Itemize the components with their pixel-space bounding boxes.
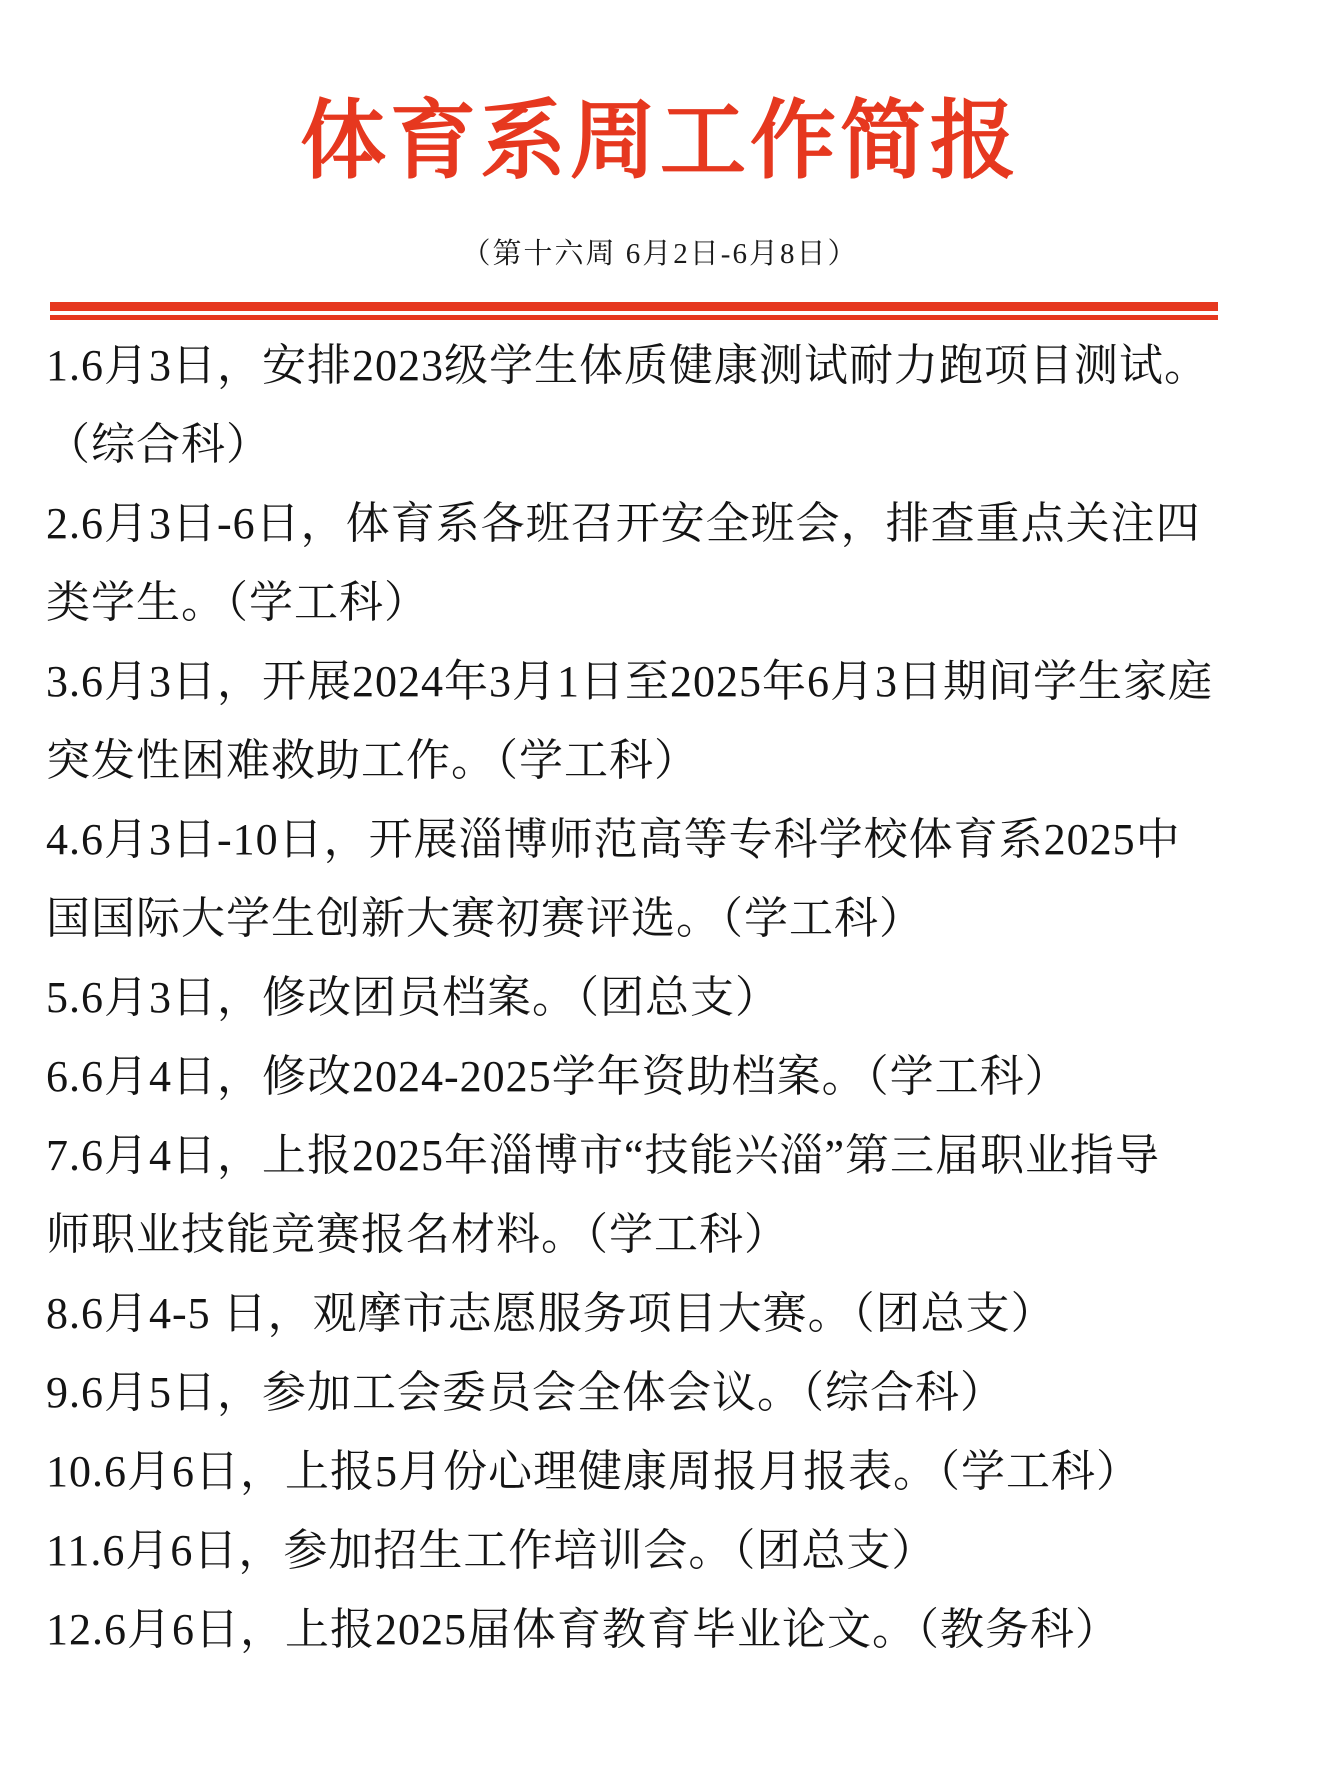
- double-rule: [50, 302, 1218, 320]
- item-line: 4.6月3日-10日，开展淄博师范高等专科学校体育系2025中: [46, 800, 1260, 879]
- report-body: 1.6月3日，安排2023级学生体质健康测试耐力跑项目测试。 （综合科） 2.6…: [0, 326, 1260, 1669]
- item-line: 8.6月4-5 日，观摩市志愿服务项目大赛。（团总支）: [46, 1274, 1260, 1353]
- report-item-1: 1.6月3日，安排2023级学生体质健康测试耐力跑项目测试。 （综合科）: [46, 326, 1260, 484]
- item-line: 国国际大学生创新大赛初赛评选。（学工科）: [46, 879, 1260, 958]
- item-line: 11.6月6日，参加招生工作培训会。（团总支）: [46, 1511, 1260, 1590]
- item-line: 5.6月3日，修改团员档案。（团总支）: [46, 958, 1260, 1037]
- item-line: 6.6月4日，修改2024-2025学年资助档案。（学工科）: [46, 1037, 1260, 1116]
- report-item-8: 8.6月4-5 日，观摩市志愿服务项目大赛。（团总支）: [46, 1274, 1260, 1353]
- item-line: 10.6月6日，上报5月份心理健康周报月报表。（学工科）: [46, 1432, 1260, 1511]
- item-line: （综合科）: [46, 405, 1260, 484]
- report-subtitle: （第十六周 6月2日-6月8日）: [0, 234, 1320, 274]
- double-rule-top: [50, 302, 1218, 311]
- report-item-2: 2.6月3日-6日，体育系各班召开安全班会，排查重点关注四 类学生。（学工科）: [46, 484, 1260, 642]
- report-item-5: 5.6月3日，修改团员档案。（团总支）: [46, 958, 1260, 1037]
- report-item-11: 11.6月6日，参加招生工作培训会。（团总支）: [46, 1511, 1260, 1590]
- double-rule-bottom: [50, 315, 1218, 320]
- report-item-3: 3.6月3日，开展2024年3月1日至2025年6月3日期间学生家庭 突发性困难…: [46, 642, 1260, 800]
- item-line: 2.6月3日-6日，体育系各班召开安全班会，排查重点关注四: [46, 484, 1260, 563]
- item-line: 师职业技能竞赛报名材料。（学工科）: [46, 1195, 1260, 1274]
- report-item-12: 12.6月6日，上报2025届体育教育毕业论文。（教务科）: [46, 1590, 1260, 1669]
- page-title: 体育系周工作简报: [0, 98, 1320, 184]
- item-line: 3.6月3日，开展2024年3月1日至2025年6月3日期间学生家庭: [46, 642, 1260, 721]
- bulletin-page: 体育系周工作简报 （第十六周 6月2日-6月8日） 1.6月3日，安排2023级…: [0, 0, 1320, 1792]
- report-item-9: 9.6月5日，参加工会委员会全体会议。（综合科）: [46, 1353, 1260, 1432]
- item-line: 12.6月6日，上报2025届体育教育毕业论文。（教务科）: [46, 1590, 1260, 1669]
- report-item-6: 6.6月4日，修改2024-2025学年资助档案。（学工科）: [46, 1037, 1260, 1116]
- item-line: 突发性困难救助工作。（学工科）: [46, 721, 1260, 800]
- item-line: 9.6月5日，参加工会委员会全体会议。（综合科）: [46, 1353, 1260, 1432]
- report-item-7: 7.6月4日，上报2025年淄博市“技能兴淄”第三届职业指导 师职业技能竞赛报名…: [46, 1116, 1260, 1274]
- report-item-4: 4.6月3日-10日，开展淄博师范高等专科学校体育系2025中 国国际大学生创新…: [46, 800, 1260, 958]
- report-item-10: 10.6月6日，上报5月份心理健康周报月报表。（学工科）: [46, 1432, 1260, 1511]
- item-line: 1.6月3日，安排2023级学生体质健康测试耐力跑项目测试。: [46, 326, 1260, 405]
- item-line: 类学生。（学工科）: [46, 563, 1260, 642]
- item-line: 7.6月4日，上报2025年淄博市“技能兴淄”第三届职业指导: [46, 1116, 1260, 1195]
